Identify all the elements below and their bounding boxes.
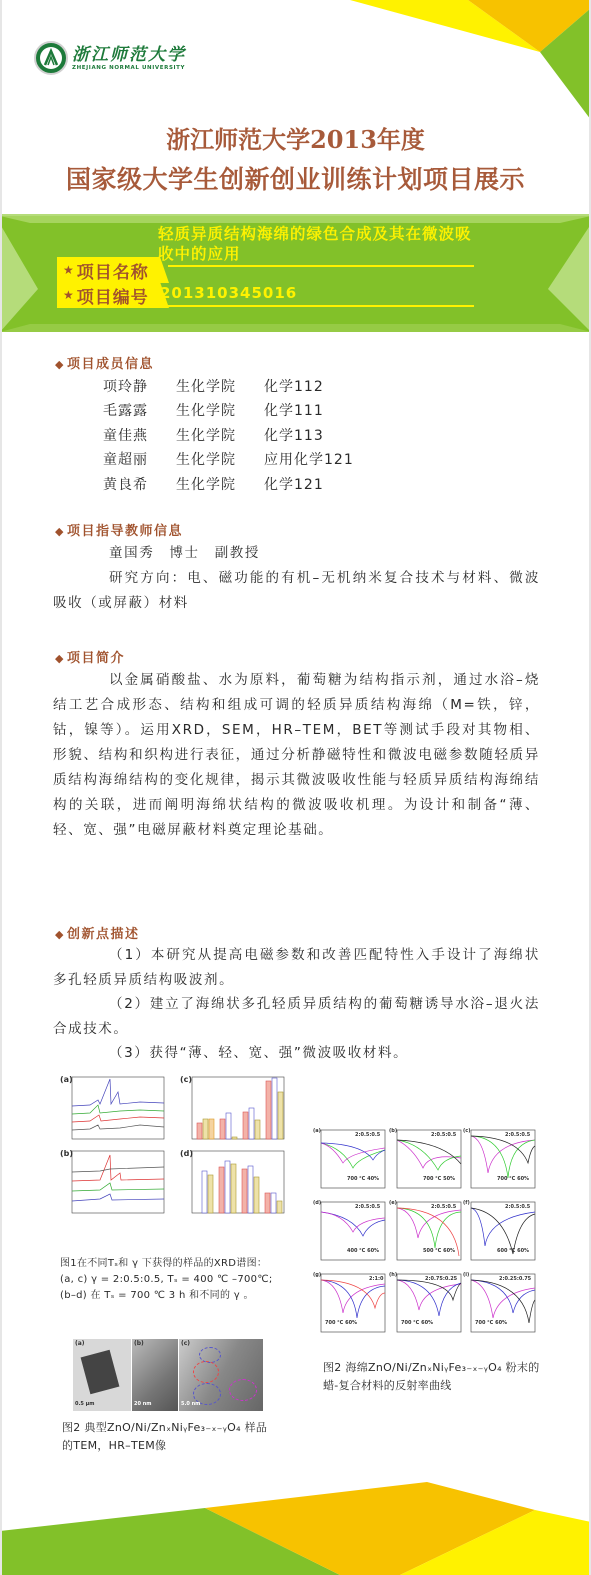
member-row: 童佳燕 生化学院 化学113	[103, 424, 354, 449]
diamond-icon: ◆	[55, 358, 65, 371]
members-list: 项玲静 生化学院 化学112 毛露露 生化学院 化学111 童佳燕 生化学院 化…	[103, 375, 354, 498]
members-heading: ◆项目成员信息	[55, 353, 154, 372]
diamond-icon: ◆	[55, 525, 65, 538]
xrd-caption: 图1在不同Tₛ和 γ 下获得的样品的XRD谱图： (a, c) γ = 2:0.…	[60, 1256, 273, 1304]
university-name-en: ZHEJIANG NORMAL UNIVERSITY	[72, 65, 186, 71]
university-logo: 浙江师范大学 ZHEJIANG NORMAL UNIVERSITY	[34, 41, 186, 75]
innovation-item: （3）获得“薄、轻、宽、强”微波吸收材料。	[53, 1041, 540, 1066]
innovation-heading: ◆创新点描述	[55, 923, 139, 942]
advisor-research: 研究方向：电、磁功能的有机–无机纳米复合技术与材料、微波吸收（或屏蔽）材料	[53, 566, 540, 616]
project-name-underline	[168, 265, 474, 267]
intro-text: 以金属硝酸盐、水为原料，葡萄糖为结构指示剂，通过水浴–烧结工艺合成形态、结构和组…	[53, 668, 540, 843]
poster-title-line2: 国家级大学生创新创业训练计划项目展示	[0, 160, 591, 196]
innovation-item: （2）建立了海绵状多孔轻质异质结构的葡萄糖诱导水浴–退火法合成技术。	[53, 992, 540, 1041]
university-emblem-icon	[34, 41, 68, 75]
member-row: 毛露露 生化学院 化学111	[103, 400, 354, 425]
intro-heading: ◆项目简介	[55, 647, 125, 666]
university-name-cn: 浙江师范大学	[72, 46, 186, 65]
member-row: 黄良希 生化学院 化学121	[103, 473, 354, 498]
reflectivity-figure: (a) 2:0.5:0.5 700 °C 40% (b) 2:0.5:0.5 7…	[313, 1128, 538, 1338]
poster-title-line1: 浙江师范大学2013年度	[0, 120, 591, 155]
innovation-list: （1）本研究从提高电磁参数和改善匹配特性入手设计了海绵状多孔轻质异质结构吸波剂。…	[53, 943, 540, 1066]
project-code-tag: ★ 项目编号	[57, 282, 169, 308]
advisor-title: 童国秀 博士 副教授	[53, 541, 540, 566]
reflectivity-graphics	[313, 1128, 538, 1338]
project-code-value: 201310345016	[160, 284, 297, 302]
xrd-figure-graphics	[60, 1075, 290, 1215]
tem-figure: (a) (b) (c) 0.5 μm 20 nm 5.0 nm	[73, 1339, 263, 1411]
diamond-icon: ◆	[55, 652, 65, 665]
star-icon: ★	[63, 288, 74, 302]
advisor-info: 童国秀 博士 副教授 研究方向：电、磁功能的有机–无机纳米复合技术与材料、微波吸…	[53, 541, 540, 616]
reflectivity-caption: 图2 海绵ZnO/Ni/ZnₓNiᵧFe₃₋ₓ₋ᵧO₄ 粉末的 蜡-复合材料的反…	[323, 1359, 540, 1395]
xrd-figure: (a) (b) (c) (d)	[60, 1075, 290, 1215]
member-row: 童超丽 生化学院 应用化学121	[103, 449, 354, 474]
project-code-underline	[168, 305, 474, 307]
project-name-value: 轻质异质结构海绵的绿色合成及其在微波吸收中的应用	[158, 224, 478, 264]
diamond-icon: ◆	[55, 928, 65, 941]
project-name-tag: ★ 项目名称	[57, 257, 169, 283]
star-icon: ★	[63, 263, 74, 277]
member-row: 项玲静 生化学院 化学112	[103, 375, 354, 400]
innovation-item: （1）本研究从提高电磁参数和改善匹配特性入手设计了海绵状多孔轻质异质结构吸波剂。	[53, 943, 540, 992]
advisor-heading: ◆项目指导教师信息	[55, 520, 183, 539]
tem-caption: 图2 典型ZnO/Ni/ZnₓNiᵧFe₃₋ₓ₋ᵧO₄ 样品 的TEM，HR–T…	[62, 1419, 267, 1455]
